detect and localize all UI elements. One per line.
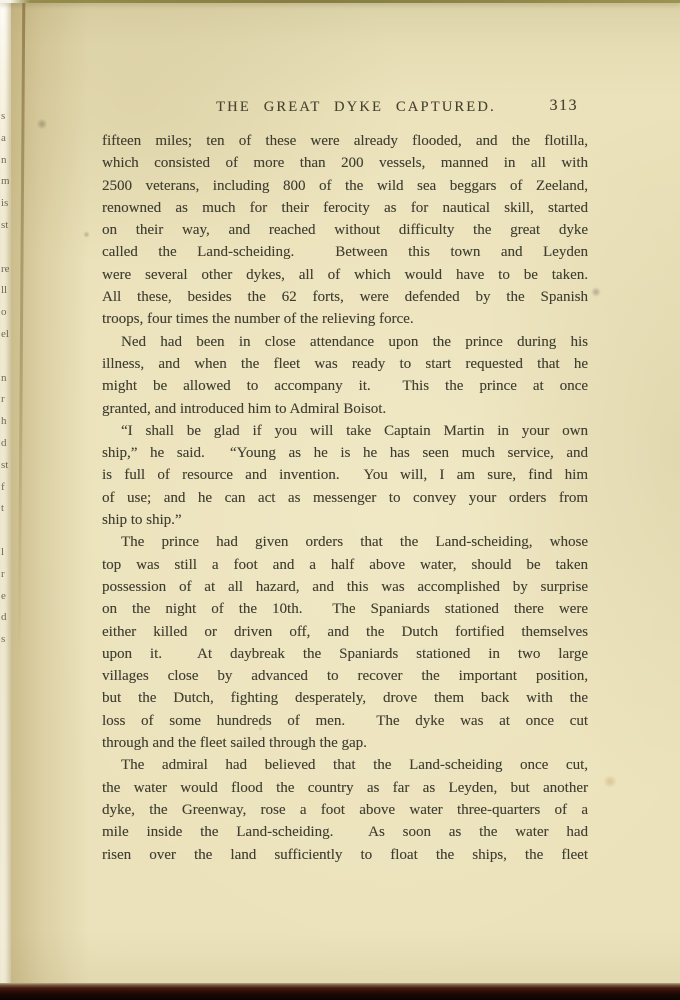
text-line: is full of resource and invention. You w… [102,464,588,486]
gutter-shadow [10,0,90,1000]
text-line: All these, besides the 62 forts, were de… [102,286,588,308]
text-line: might be allowed to accompany it. This t… [102,375,588,397]
page-top-edge [0,0,680,3]
edge-letter-fragment: t [0,498,9,520]
text-line: The prince had given orders that the Lan… [102,531,588,553]
edge-letter-fragment: f [0,477,9,499]
text-line: troops, four times the number of the rel… [102,308,588,330]
text-line: either killed or driven off, and the Dut… [102,621,588,643]
text-line: called the Land-scheiding. Between this … [102,241,588,263]
text-line: the water would flood the country as far… [102,777,588,799]
edge-letter-fragment: d [0,433,9,455]
edge-letter-fragment [0,520,9,542]
edge-letter-fragment: r [0,389,9,411]
text-line: mile inside the Land-scheiding. As soon … [102,821,588,843]
edge-letter-fragment: n [0,368,9,390]
gutter-crease [18,0,26,660]
text-line: possession of at all hazard, and this wa… [102,576,588,598]
text-line: ship,” he said. “Young as he is he has s… [102,442,588,464]
text-line: top was still a foot and a half above wa… [102,554,588,576]
edge-letter-fragment: e [0,586,9,608]
edge-letter-fragment: st [0,215,9,237]
edge-letter-fragment: n [0,150,9,172]
text-line: through and the fleet sailed through the… [102,732,588,754]
scanned-book-page: sanmisstrelloelnrhdstftlreds THE GREAT D… [0,0,680,1000]
text-line: Ned had been in close attendance upon th… [102,331,588,353]
scan-smudge [37,118,47,130]
running-header-title: THE GREAT DYKE CAPTURED. [113,99,599,116]
text-line: ship to ship.” [102,509,588,531]
edge-letter-fragment [0,237,9,259]
edge-letter-fragment: is [0,193,9,215]
text-line: villages close by advanced to recover th… [102,665,588,687]
text-line: granted, and introduced him to Admiral B… [102,398,588,420]
edge-letter-fragment: h [0,411,9,433]
edge-letter-fragment: a [0,128,9,150]
text-line: which consisted of more than 200 vessels… [102,152,588,174]
text-line: The admiral had believed that the Land-s… [102,754,588,776]
edge-letter-fragment [0,346,9,368]
edge-letter-fragment: st [0,455,9,477]
text-line: but the Dutch, fighting desperately, dro… [102,687,588,709]
text-line: on their way, and reached without diffic… [102,219,588,241]
scan-smudge [602,776,618,787]
text-line: illness, and when the fleet was ready to… [102,353,588,375]
text-line: of use; and he can act as messenger to c… [102,487,588,509]
edge-letter-fragment: re [0,259,9,281]
edge-letter-fragment: ll [0,280,9,302]
scan-smudge [591,287,601,297]
book-cover-bottom-edge [0,983,680,1000]
edge-letter-fragment: s [0,106,9,128]
text-line: loss of some hundreds of men. The dyke w… [102,710,588,732]
page-number: 313 [550,97,579,115]
facing-page-text-fragments: sanmisstrelloelnrhdstftlreds [0,106,9,651]
edge-letter-fragment: o [0,302,9,324]
text-line: “I shall be glad if you will take Captai… [102,420,588,442]
edge-letter-fragment: el [0,324,9,346]
text-line: on the night of the 10th. The Spaniards … [102,598,588,620]
text-line: dyke, the Greenway, rose a foot above wa… [102,799,588,821]
text-line: upon it. At daybreak the Spaniards stati… [102,643,588,665]
edge-letter-fragment: m [0,171,9,193]
scan-smudge [83,231,90,238]
text-line: renowned as much for their ferocity as f… [102,197,588,219]
edge-letter-fragment: r [0,564,9,586]
text-line: were several other dykes, all of which w… [102,264,588,286]
text-line: fifteen miles; ten of these were already… [102,130,588,152]
edge-letter-fragment: d [0,607,9,629]
text-line: 2500 veterans, including 800 of the wild… [102,175,588,197]
text-line: risen over the land sufficiently to floa… [102,844,588,866]
edge-letter-fragment: l [0,542,9,564]
running-head: THE GREAT DYKE CAPTURED. 313 [102,99,588,119]
body-text-block: fifteen miles; ten of these were already… [102,130,588,866]
edge-letter-fragment: s [0,629,9,651]
